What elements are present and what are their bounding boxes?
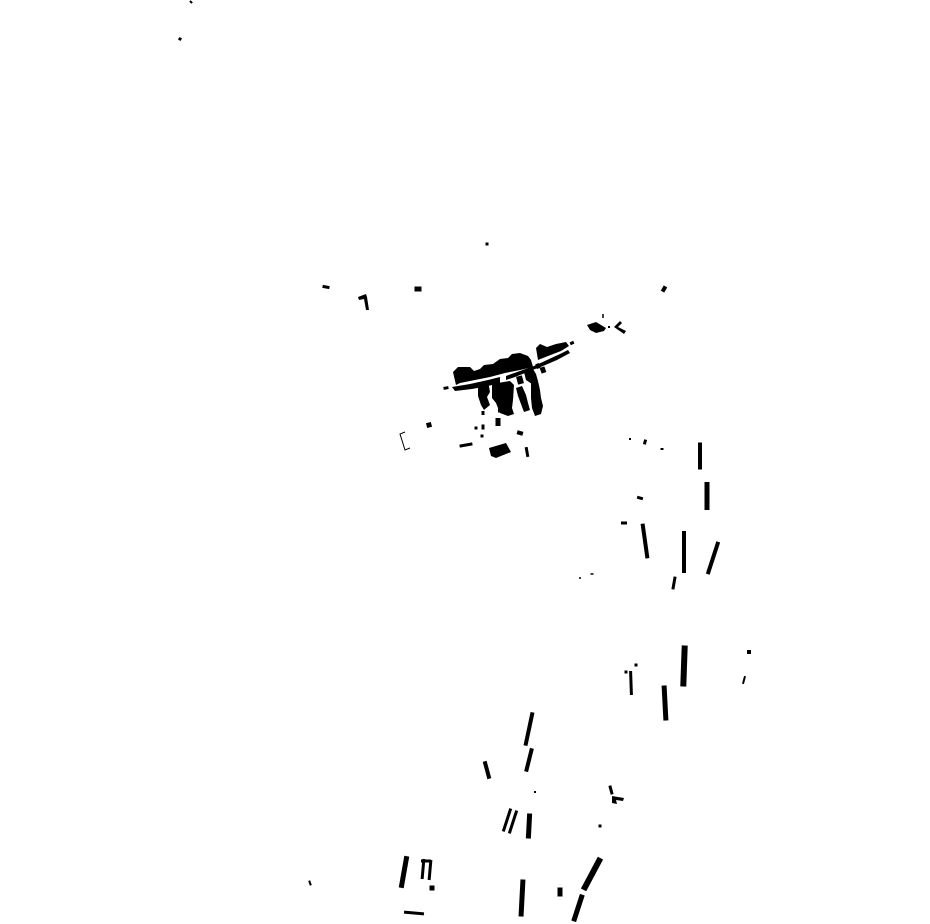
building xyxy=(587,322,606,333)
building xyxy=(426,422,432,428)
building xyxy=(516,375,524,384)
building xyxy=(482,425,485,430)
building xyxy=(661,285,667,292)
building-outline xyxy=(400,432,410,450)
building xyxy=(489,443,511,458)
building xyxy=(399,856,409,888)
building xyxy=(643,439,647,445)
building xyxy=(496,418,501,426)
building xyxy=(404,911,424,916)
building xyxy=(308,880,312,885)
building xyxy=(662,685,669,720)
building xyxy=(524,748,534,772)
building xyxy=(612,796,624,804)
building xyxy=(629,438,631,440)
building xyxy=(478,381,490,410)
building xyxy=(486,243,489,246)
building xyxy=(415,287,422,292)
building xyxy=(602,314,604,318)
building xyxy=(705,482,710,510)
building xyxy=(524,712,535,746)
building xyxy=(531,381,543,416)
building xyxy=(641,523,650,558)
building xyxy=(629,671,633,695)
building-footprint-map xyxy=(0,0,930,924)
building xyxy=(680,645,687,686)
building xyxy=(706,541,720,575)
building xyxy=(599,825,602,828)
building xyxy=(608,326,610,328)
building xyxy=(637,496,644,500)
building xyxy=(358,294,369,310)
building xyxy=(698,443,702,470)
building xyxy=(483,761,492,779)
building xyxy=(517,430,524,435)
building xyxy=(526,813,532,838)
building xyxy=(558,888,563,897)
building xyxy=(459,442,472,447)
building xyxy=(570,341,575,345)
building xyxy=(571,894,584,922)
building xyxy=(661,448,664,450)
building xyxy=(635,664,638,667)
building xyxy=(747,650,751,654)
building xyxy=(525,447,530,457)
building xyxy=(498,408,502,413)
building xyxy=(614,321,626,334)
building xyxy=(481,435,484,438)
building xyxy=(608,785,613,794)
building xyxy=(475,427,478,430)
outlines-layer xyxy=(400,432,410,450)
building xyxy=(421,860,431,863)
building xyxy=(482,411,485,415)
building xyxy=(428,860,433,880)
building xyxy=(322,285,329,289)
building xyxy=(516,386,530,412)
map-canvas xyxy=(0,0,930,924)
building xyxy=(189,0,193,3)
building xyxy=(430,886,435,891)
building xyxy=(682,531,686,573)
building xyxy=(536,342,569,360)
building xyxy=(581,857,603,892)
building xyxy=(534,791,536,793)
building xyxy=(492,381,514,416)
building xyxy=(742,676,746,684)
building xyxy=(579,577,581,579)
building xyxy=(625,671,628,674)
building xyxy=(443,386,448,390)
building xyxy=(621,522,627,525)
building xyxy=(591,573,594,575)
buildings-layer xyxy=(178,0,751,922)
building xyxy=(519,879,526,916)
building xyxy=(671,576,676,589)
building xyxy=(178,37,182,41)
